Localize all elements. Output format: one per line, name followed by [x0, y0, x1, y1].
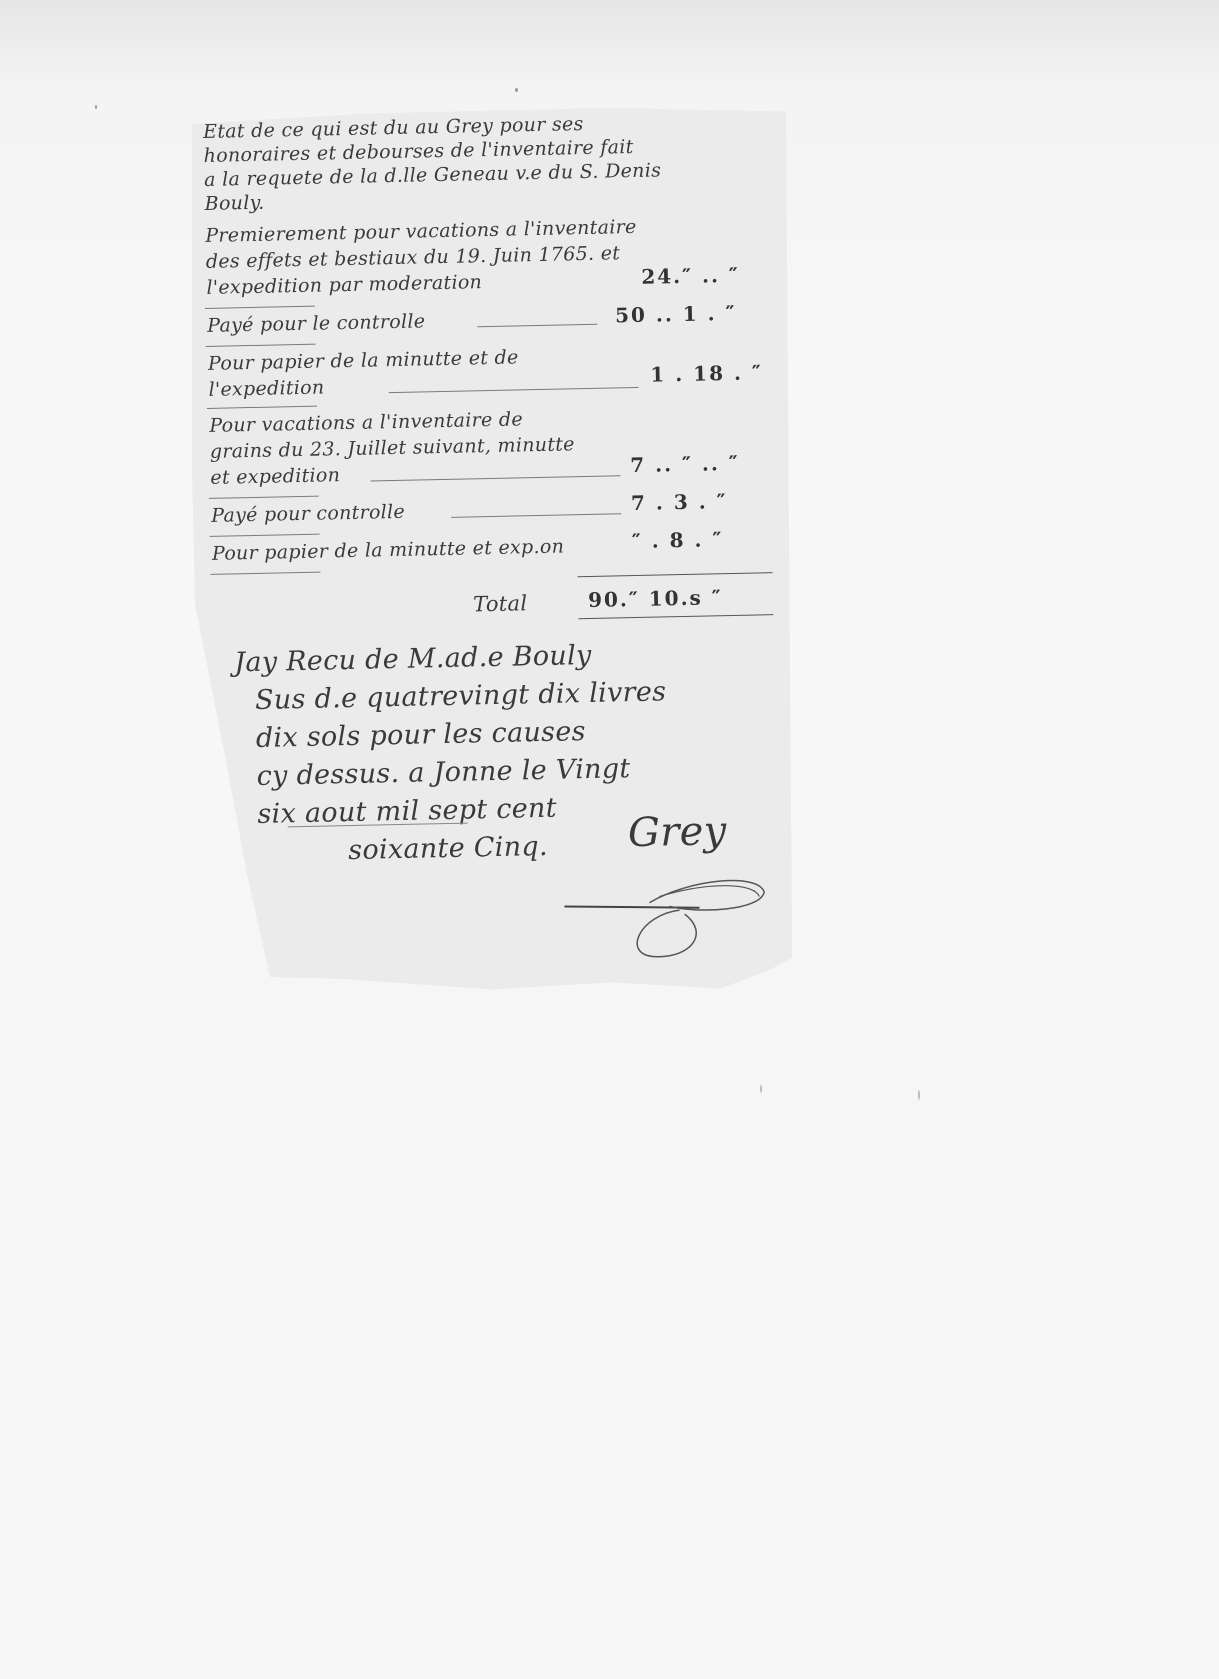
item-4-line-2: grains du 23. Juillet suivant, minutte [210, 432, 575, 464]
speck [515, 88, 518, 92]
header-line-4: Bouly. [204, 191, 264, 216]
signature-flourish-icon [559, 872, 781, 977]
speck [95, 105, 97, 109]
item-1-line-3: l'expedition par moderation [206, 270, 482, 300]
total-label: Total [473, 591, 528, 616]
receipt-line-6: soixante Cinq. [348, 827, 548, 871]
handwritten-invoice-page: Etat de ce qui est du au Grey pour ses h… [192, 108, 792, 993]
leader-line [389, 387, 639, 393]
signature: Grey [627, 808, 726, 856]
leader-line [477, 324, 597, 328]
item-3-amount: 1 . 18 . ″ [650, 360, 763, 386]
item-5-amount: 7 . 3 . ″ [631, 489, 728, 515]
divider [206, 344, 316, 347]
leader-line [371, 475, 621, 481]
leader-line [451, 513, 621, 518]
item-6-amount: ″ . 8 . ″ [632, 527, 724, 553]
item-5-line-1: Payé pour controlle [211, 500, 405, 528]
item-2-line-1: Payé pour le controlle [207, 309, 426, 338]
speck [918, 1090, 920, 1100]
divider [205, 306, 315, 309]
divider [210, 572, 320, 575]
item-4-amount: 7 .. ″ .. ″ [630, 451, 740, 477]
receipt-line-4: cy dessus. a Jonne le Vingt [256, 749, 631, 797]
total-amount: 90.″ 10.s ″ [588, 585, 723, 612]
speck [760, 1085, 762, 1093]
divider [210, 534, 320, 537]
item-1-amount: 24.″ .. ″ [641, 263, 740, 289]
divider [209, 496, 319, 499]
item-2-amount: 50 .. 1 . ″ [615, 301, 737, 328]
total-rule-bottom [578, 614, 773, 619]
item-3-line-1: Pour papier de la minutte et de [208, 345, 519, 375]
item-3-line-2: l'expedition [208, 375, 324, 401]
item-6-line-1: Pour papier de la minutte et exp.on [212, 534, 565, 565]
item-4-line-3: et expedition [210, 463, 340, 490]
total-rule [578, 572, 773, 577]
divider [207, 406, 317, 409]
